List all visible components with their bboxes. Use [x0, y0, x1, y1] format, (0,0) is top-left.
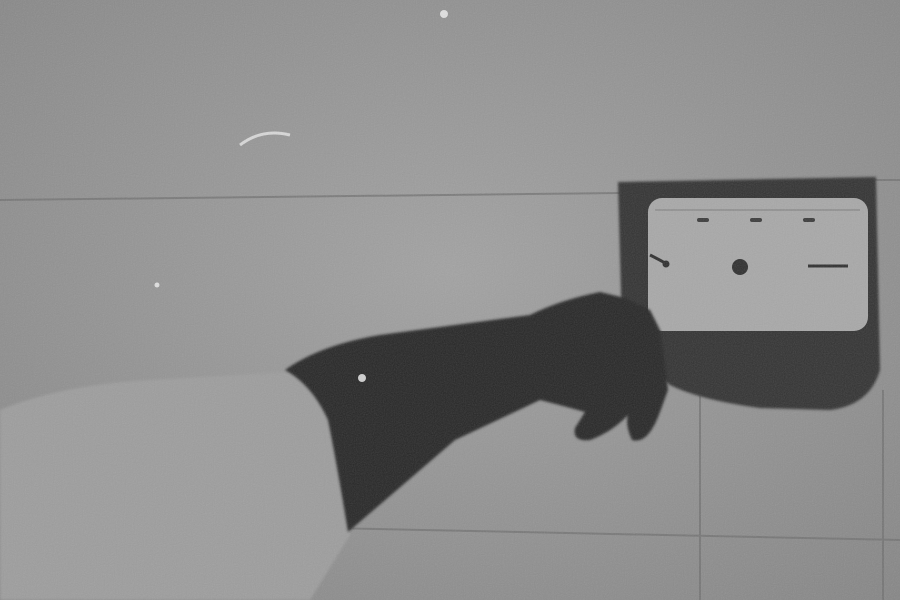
film-grain	[0, 0, 900, 600]
photo-scene	[0, 0, 900, 600]
photo-canvas	[0, 0, 900, 600]
